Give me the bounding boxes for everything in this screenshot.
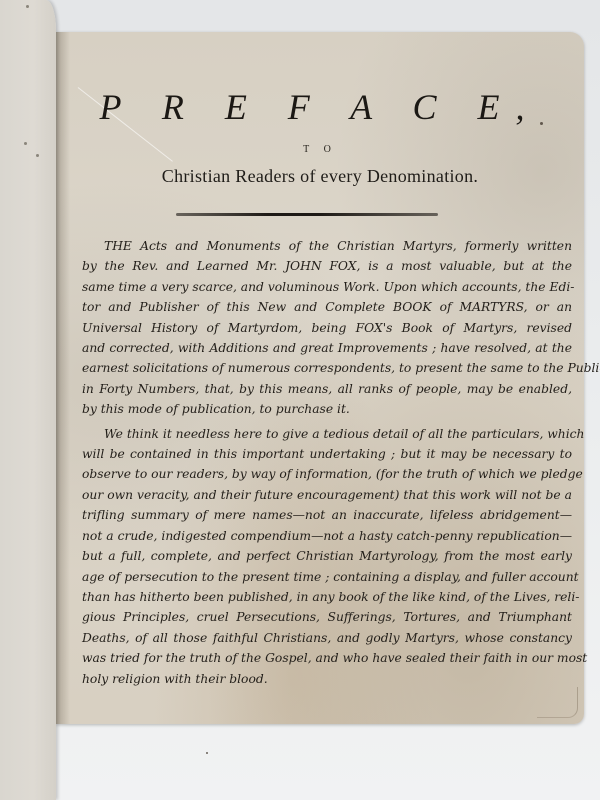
text-line: THE Acts and Monuments of the Christian … [82,236,572,256]
text-line: tor and Publisher of this New and Comple… [82,297,572,317]
text-line: was tried for the truth of the Gospel, a… [82,648,572,668]
text-line: holy religion with their blood. [82,669,572,689]
foxing-spot [36,154,39,157]
text-line: than has hitherto been published, in any… [82,587,572,607]
foxing-spot [26,5,29,8]
preface-body: THE Acts and Monuments of the Christian … [82,236,572,689]
paragraph-1: THE Acts and Monuments of the Christian … [82,236,572,420]
photo-scene: P R E F A C E, T O Christian Readers of … [0,0,600,800]
text-line: same time a very scarce, and voluminous … [82,277,572,297]
facing-page-edge [0,0,56,800]
page-corner-wear [537,687,578,718]
text-line: not a crude, indigested compendium—not a… [82,526,572,546]
text-line: Deaths, of all those faithful Christians… [82,628,572,648]
ornamental-rule [176,213,438,216]
gutter-shadow [56,32,70,724]
text-line: but a full, complete, and perfect Christ… [82,546,572,566]
book-page: P R E F A C E, T O Christian Readers of … [56,32,584,724]
text-line: Universal History of Martyrdom, being FO… [82,318,572,338]
paragraph-2: We think it needless here to give a tedi… [82,424,572,689]
page-subtitle: Christian Readers of every Denomination. [56,166,584,187]
foxing-spot [206,752,208,754]
text-line: We think it needless here to give a tedi… [82,424,572,444]
text-line: in Forty Numbers, that, by this means, a… [82,379,572,399]
text-line: and corrected, with Additions and great … [82,338,572,358]
text-line: observe to our readers, by way of inform… [82,464,572,484]
page-title: P R E F A C E, [56,86,584,128]
foxing-spot [24,142,27,145]
text-line: our own veracity, and their future encou… [82,485,572,505]
title-to-line: T O [56,144,584,155]
text-line: by this mode of publication, to purchase… [82,399,572,419]
text-line: will be contained in this important unde… [82,444,572,464]
text-line: gious Principles, cruel Persecutions, Su… [82,607,572,627]
text-line: trifling summary of mere names—not an in… [82,505,572,525]
text-line: earnest solicitations of numerous corres… [82,358,572,378]
text-line: by the Rev. and Learned Mr. JOHN FOX, is… [82,256,572,276]
text-line: age of persecution to the present time ;… [82,567,572,587]
